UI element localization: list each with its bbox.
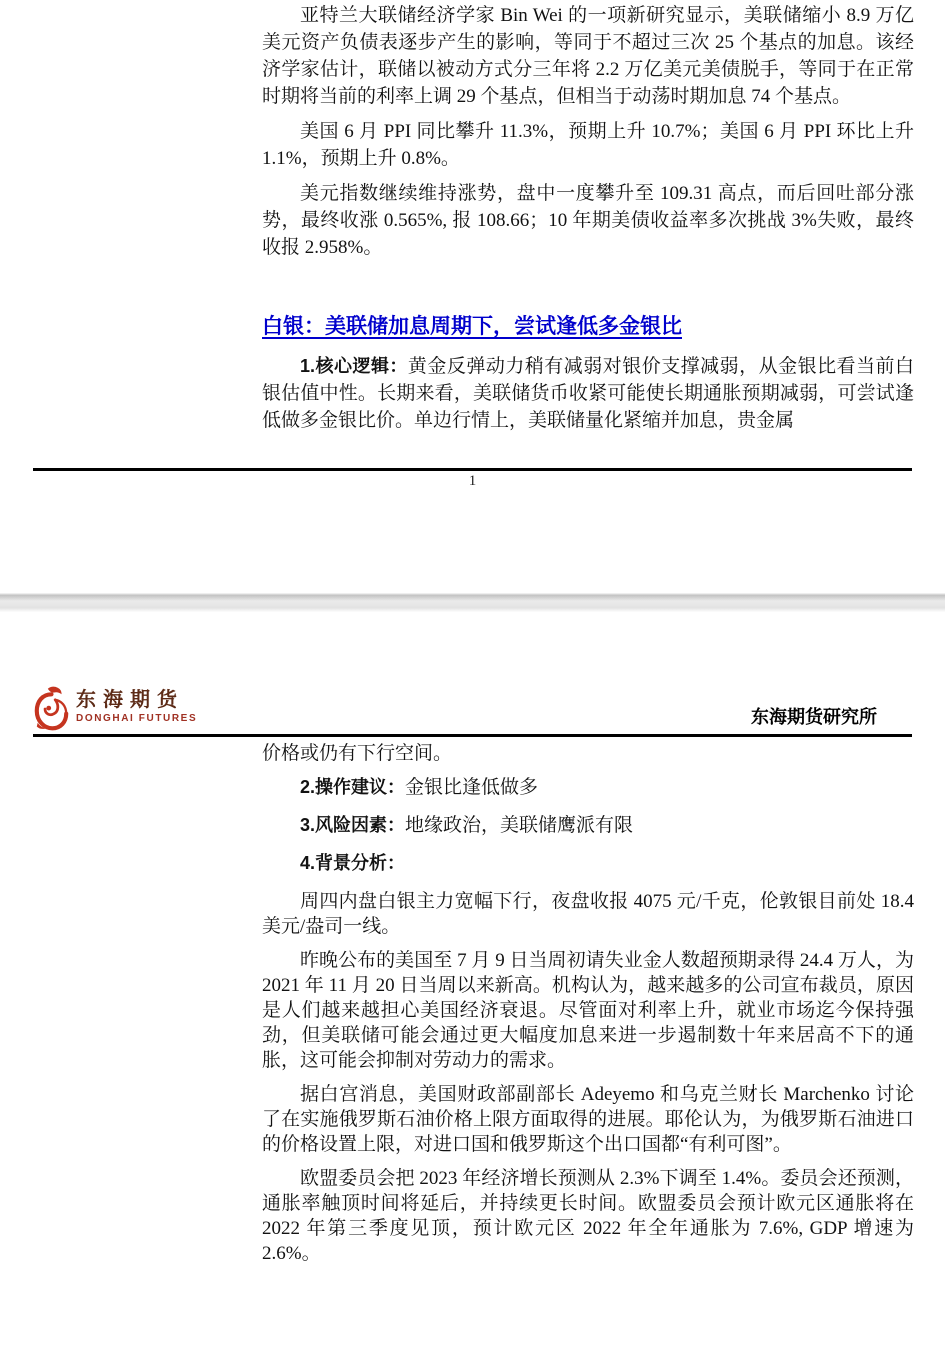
logo-english-name: DONGHAI FUTURES: [76, 713, 197, 724]
page1-footer-rule: [33, 468, 912, 471]
page-number: 1: [33, 473, 912, 490]
item-label: 2.操作建议：: [300, 777, 405, 797]
paragraph: 周四内盘白银主力宽幅下行，夜盘收报 4075 元/千克，伦敦银目前处 18.4 …: [262, 889, 914, 939]
numbered-items: 2.操作建议：金银比逢低做多 3.风险因素：地缘政治，美联储鹰派有限 4.背景分…: [262, 775, 914, 876]
paragraph: 美国 6 月 PPI 同比攀升 11.3%，预期上升 10.7%；美国 6 月 …: [262, 118, 914, 172]
continuation-paragraph: 价格或仍有下行空间。: [262, 741, 914, 766]
item-label: 4.背景分析：: [300, 853, 405, 873]
numbered-item: 4.背景分析：: [262, 851, 914, 876]
research-institute-title: 东海期货研究所: [751, 703, 877, 729]
donghai-futures-logo: 东海期货 DONGHAI FUTURES: [33, 686, 197, 732]
item-label: 3.风险因素：: [300, 815, 405, 835]
page2-paragraphs: 周四内盘白银主力宽幅下行，夜盘收报 4075 元/千克，伦敦银目前处 18.4 …: [262, 889, 914, 1266]
logo-chinese-name: 东海期货: [76, 689, 197, 711]
paragraph: 亚特兰大联储经济学家 Bin Wei 的一项新研究显示，美联储缩小 8.9 万亿…: [262, 2, 914, 110]
page-separator: [0, 593, 945, 612]
paragraph: 据白宫消息，美国财政部副部长 Adeyemo 和乌克兰财长 Marchenko …: [262, 1082, 914, 1157]
core-logic-paragraph: 1.核心逻辑：黄金反弹动力稍有减弱对银价支撑减弱，从金银比看当前白银估值中性。长…: [262, 353, 914, 434]
logo-text: 东海期货 DONGHAI FUTURES: [76, 686, 197, 724]
page1-body: 亚特兰大联储经济学家 Bin Wei 的一项新研究显示，美联储缩小 8.9 万亿…: [262, 2, 914, 442]
numbered-item: 2.操作建议：金银比逢低做多: [262, 775, 914, 800]
item-text: 金银比逢低做多: [405, 777, 538, 798]
dragon-emblem-icon: [33, 686, 70, 732]
core-logic-label: 1.核心逻辑：: [300, 356, 408, 376]
paragraph: 美元指数继续维持涨势，盘中一度攀升至 109.31 高点，而后回吐部分涨势，最终…: [262, 180, 914, 261]
page2-header-rule: [33, 734, 912, 737]
page2-body: 价格或仍有下行空间。 2.操作建议：金银比逢低做多 3.风险因素：地缘政治，美联…: [262, 741, 914, 1275]
paragraph: 欧盟委员会把 2023 年经济增长预测从 2.3%下调至 1.4%。委员会还预测…: [262, 1166, 914, 1266]
section-heading-silver-link[interactable]: 白银：美联储加息周期下，尝试逢低多金银比: [262, 313, 682, 341]
numbered-item: 3.风险因素：地缘政治，美联储鹰派有限: [262, 813, 914, 838]
paragraph: 昨晚公布的美国至 7 月 9 日当周初请失业金人数超预期录得 24.4 万人，为…: [262, 948, 914, 1073]
pdf-viewport: 亚特兰大联储经济学家 Bin Wei 的一项新研究显示，美联储缩小 8.9 万亿…: [0, 0, 945, 1367]
page1-paragraphs: 亚特兰大联储经济学家 Bin Wei 的一项新研究显示，美联储缩小 8.9 万亿…: [262, 2, 914, 261]
item-text: 地缘政治，美联储鹰派有限: [405, 815, 633, 836]
